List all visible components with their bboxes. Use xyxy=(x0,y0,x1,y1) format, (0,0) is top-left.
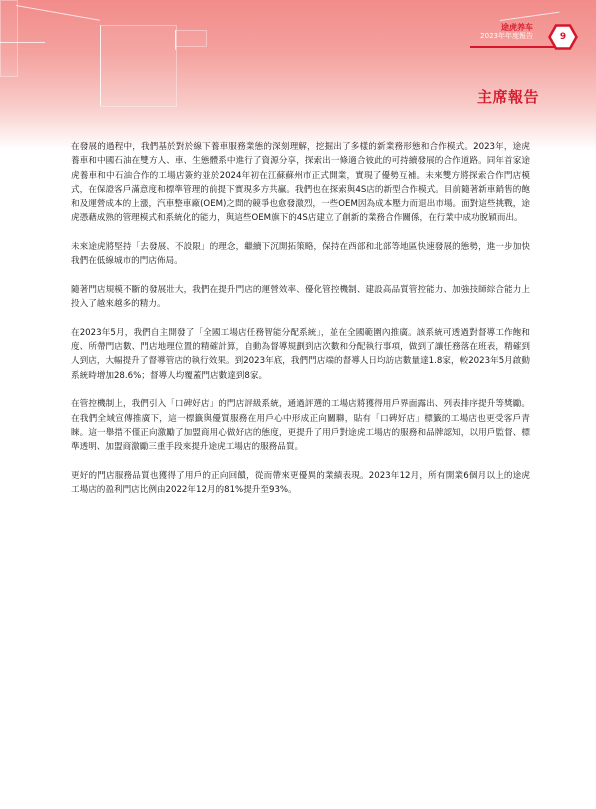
decorative-line xyxy=(500,12,560,21)
decorative-line xyxy=(175,30,176,50)
decorative-line xyxy=(16,5,100,21)
decorative-line xyxy=(0,42,45,43)
body-text: 在發展的過程中，我們基於對於線下養車服務業態的深刻理解，挖掘出了多樣的新業務形態… xyxy=(71,140,530,512)
report-header-label: 途虎养车 2023年年度報告 xyxy=(480,24,533,40)
page-number: 9 xyxy=(548,24,578,50)
paragraph: 更好的門店服務品質也獲得了用戶的正向回饋，從而帶來更優異的業績表現。2023年1… xyxy=(71,469,530,498)
page-number-badge: 9 xyxy=(548,24,578,50)
decorative-panel xyxy=(175,30,207,47)
paragraph: 在2023年5月，我們自主開發了「全國工場店任務智能分配系統」，並在全國範圍內推… xyxy=(71,326,530,383)
paragraph: 在管控機制上，我們引入「口碑好店」的門店評級系統，通過評選的工場店將獲得用戶界面… xyxy=(71,397,530,454)
paragraph: 隨著門店規模不斷的發展壯大，我們在提升門店的運營效率、優化管控機制、建設高品質管… xyxy=(71,283,530,312)
decorative-panel xyxy=(100,25,177,107)
decorative-panel xyxy=(0,0,18,77)
report-name: 2023年年度報告 xyxy=(480,33,533,41)
page-title: 主席報告 xyxy=(477,86,539,107)
decorative-line xyxy=(100,25,101,105)
paragraph: 未來途虎將堅持「去發展、不設限」的理念，繼續下沉開拓策略，保持在西部和北部等地區… xyxy=(71,240,530,269)
paragraph: 在發展的過程中，我們基於對於線下養車服務業態的深刻理解，挖掘出了多樣的新業務形態… xyxy=(71,140,530,226)
header-rule xyxy=(470,46,555,48)
